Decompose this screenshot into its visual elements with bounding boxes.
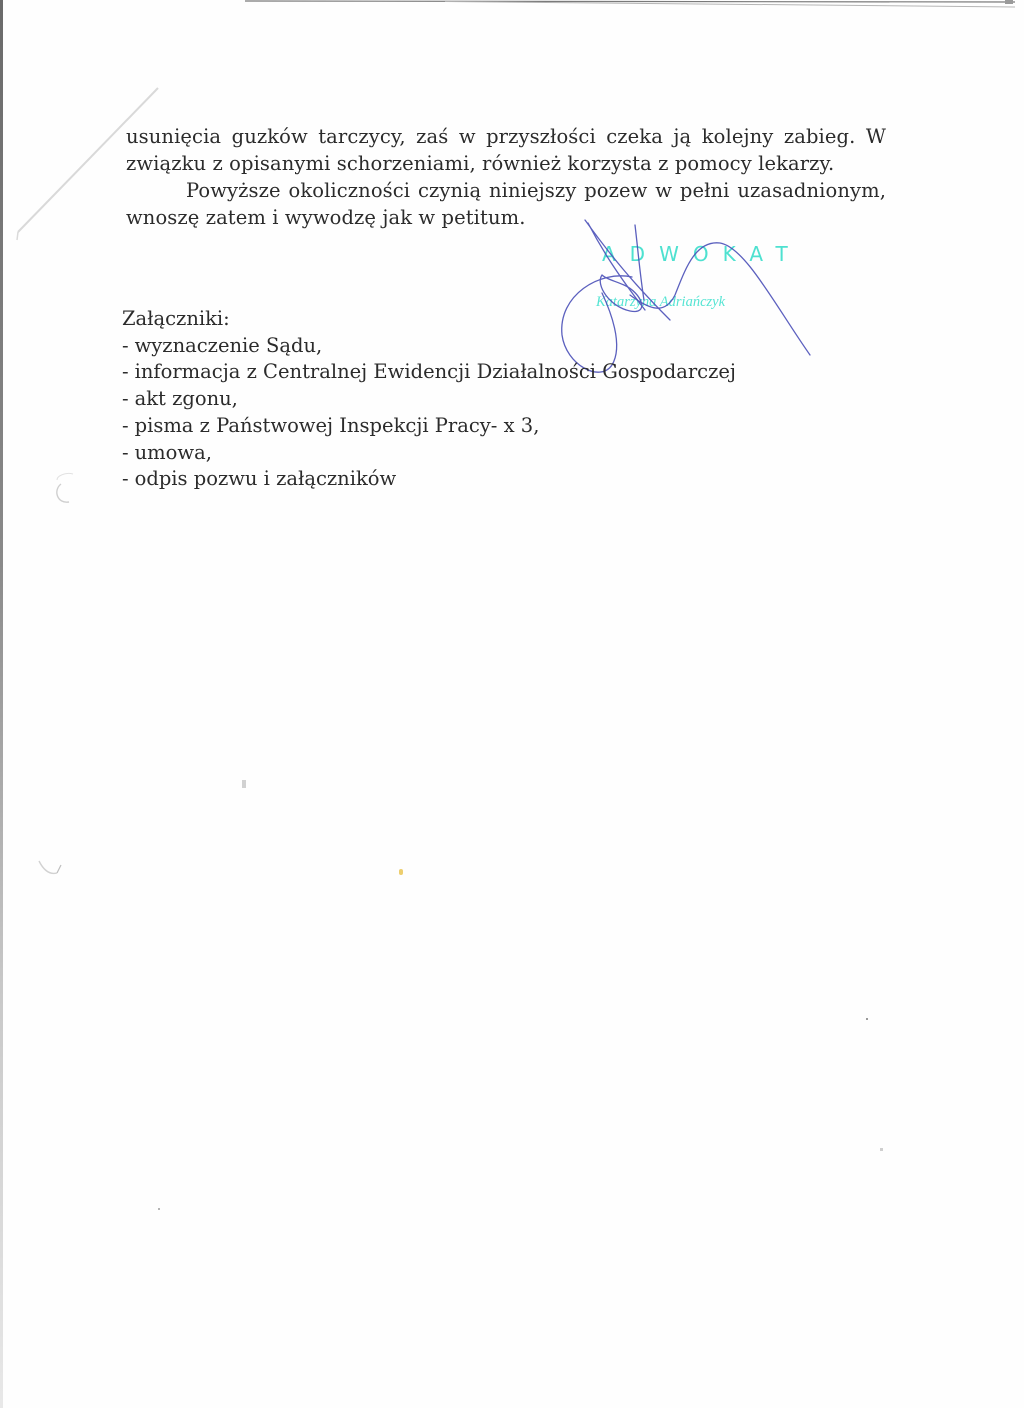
- attachment-item: -umowa,: [122, 440, 736, 467]
- scan-speck: [242, 780, 246, 788]
- punch-hole-mark: [35, 855, 75, 885]
- scan-speck: [866, 1018, 868, 1020]
- attachments-title: Załączniki:: [122, 306, 736, 333]
- paragraph-line: wnoszę zatem i wywodzę jak w petitum.: [126, 204, 886, 231]
- paragraph-line: związku z opisanymi schorzeniami, równie…: [126, 150, 886, 177]
- attachment-item: -akt zgonu,: [122, 386, 736, 413]
- attachment-item: -pisma z Państwowej Inspekcji Pracy- x 3…: [122, 413, 736, 440]
- paragraph-line: usunięcia guzków tarczycy, zaś w przyszł…: [126, 123, 886, 150]
- scan-top-edge: [245, 0, 1015, 8]
- body-paragraph-1: usunięcia guzków tarczycy, zaś w przyszł…: [126, 123, 886, 177]
- scanned-document-page: usunięcia guzków tarczycy, zaś w przyszł…: [0, 0, 1024, 1408]
- attachment-text: odpis pozwu i załączników: [135, 467, 397, 490]
- paragraph-line: Powyższe okoliczności czynią niniejszy p…: [126, 177, 886, 204]
- list-dash: -: [122, 414, 129, 437]
- attachment-item: -odpis pozwu i załączników: [122, 466, 736, 493]
- scan-speck: [158, 1208, 160, 1210]
- attachment-text: pisma z Państwowej Inspekcji Pracy- x 3,: [135, 414, 540, 437]
- attachments-list: -wyznaczenie Sądu, -informacja z Central…: [122, 333, 736, 493]
- attachment-item: -informacja z Centralnej Ewidencji Dział…: [122, 359, 736, 386]
- scan-speck: [399, 869, 403, 875]
- attachment-item: -wyznaczenie Sądu,: [122, 333, 736, 360]
- attachment-text: informacja z Centralnej Ewidencji Działa…: [135, 360, 736, 383]
- list-dash: -: [122, 387, 129, 410]
- list-dash: -: [122, 467, 129, 490]
- list-dash: -: [122, 360, 129, 383]
- attachment-text: akt zgonu,: [135, 387, 238, 410]
- body-paragraph-2: Powyższe okoliczności czynią niniejszy p…: [126, 177, 886, 231]
- attachment-text: umowa,: [135, 441, 212, 464]
- list-dash: -: [122, 334, 129, 357]
- list-dash: -: [122, 441, 129, 464]
- attachments-section: Załączniki: -wyznaczenie Sądu, -informac…: [122, 306, 736, 493]
- scan-speck: [880, 1148, 883, 1151]
- punch-hole-mark: [45, 470, 85, 510]
- attachment-text: wyznaczenie Sądu,: [135, 334, 323, 357]
- stamp-title: ADWOKAT: [602, 242, 802, 266]
